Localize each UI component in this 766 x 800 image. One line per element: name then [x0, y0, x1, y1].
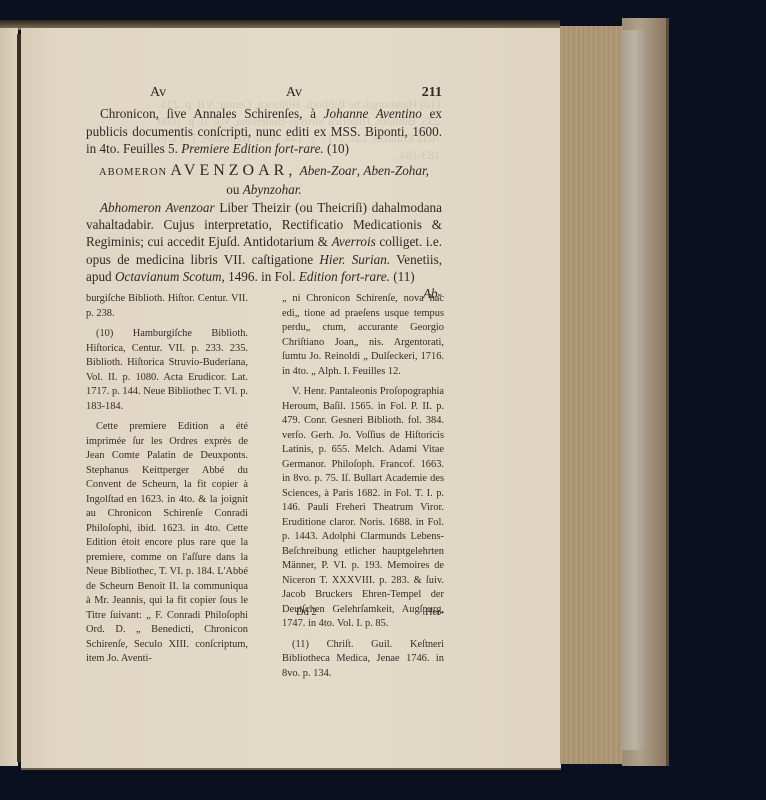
running-head-center: Av	[286, 84, 302, 101]
variant-name: Abynzohar.	[243, 182, 302, 197]
footnote-column-left: burgiſche Biblioth. Hiſtor. Centur. VII.…	[86, 292, 248, 687]
rarity-note: Premiere Edition fort-rare.	[181, 141, 323, 156]
footnote-paragraph: V. Henr. Pantaleonis Proſopographia Hero…	[282, 385, 444, 632]
text: Abhomeron Avenzoar	[100, 200, 215, 215]
footnote-ref: (11)	[390, 269, 415, 284]
page-number: 211	[422, 84, 442, 101]
entry-heading-smallcaps: Abomeron	[99, 167, 167, 178]
variant-name: Aben-Zoar	[300, 163, 357, 178]
running-head: Av Av 211	[86, 84, 442, 101]
page-text-block: Av Av 211 Chronicon, ſive Annales Schire…	[86, 84, 442, 303]
entry-heading: Abomeron AVENZOAR, Aben-Zoar, Aben-Zohar…	[86, 162, 442, 199]
signature-mark: Dd 2	[296, 607, 317, 618]
variant-name: Aben-Zohar,	[363, 163, 429, 178]
previous-page-edge	[0, 28, 18, 766]
text: Edition fort-rare.	[299, 269, 390, 284]
text: , 1496. in Fol.	[222, 269, 299, 284]
text: Averrois	[332, 234, 376, 249]
footnote-columns: burgiſche Biblioth. Hiſtor. Centur. VII.…	[86, 292, 444, 687]
footnote-paragraph: „ ni Chronicon Schirenſe, nova hac edi„ …	[282, 292, 444, 379]
footnote-paragraph: (11) Chriſt. Guil. Keſtneri Bibliotheca …	[282, 638, 444, 682]
page-fore-edge	[560, 26, 622, 764]
footer-catchword: Her-	[425, 607, 444, 618]
entry-heading-name: AVENZOAR,	[170, 162, 296, 179]
footnote-paragraph: (10) Hamburgiſche Biblioth. Hiſtorica, C…	[86, 327, 248, 414]
text: Octavianum Scotum	[115, 269, 222, 284]
footnote-ref: (10)	[324, 141, 349, 156]
marbled-endpaper-edge	[622, 30, 648, 750]
running-head-left: Av	[150, 84, 166, 101]
continuation-paragraph: Chronicon, ſive Annales Schirenſes, à Jo…	[86, 105, 442, 157]
entry-body: Abhomeron Avenzoar Liber Theizir (ou The…	[86, 199, 442, 285]
footnote-column-right: „ ni Chronicon Schirenſe, nova hac edi„ …	[282, 292, 444, 687]
footnote-paragraph: Cette premiere Edition a été imprimée ſu…	[86, 420, 248, 667]
page-footer: Dd 2 Her-	[296, 607, 444, 618]
footnote-paragraph: burgiſche Biblioth. Hiſtor. Centur. VII.…	[86, 292, 248, 321]
text: Hier. Surian.	[319, 252, 390, 267]
text: Chronicon, ſive Annales Schirenſes, à	[100, 106, 324, 121]
author-name: Johanne Aventino	[324, 106, 422, 121]
or-word: ou	[226, 182, 239, 197]
